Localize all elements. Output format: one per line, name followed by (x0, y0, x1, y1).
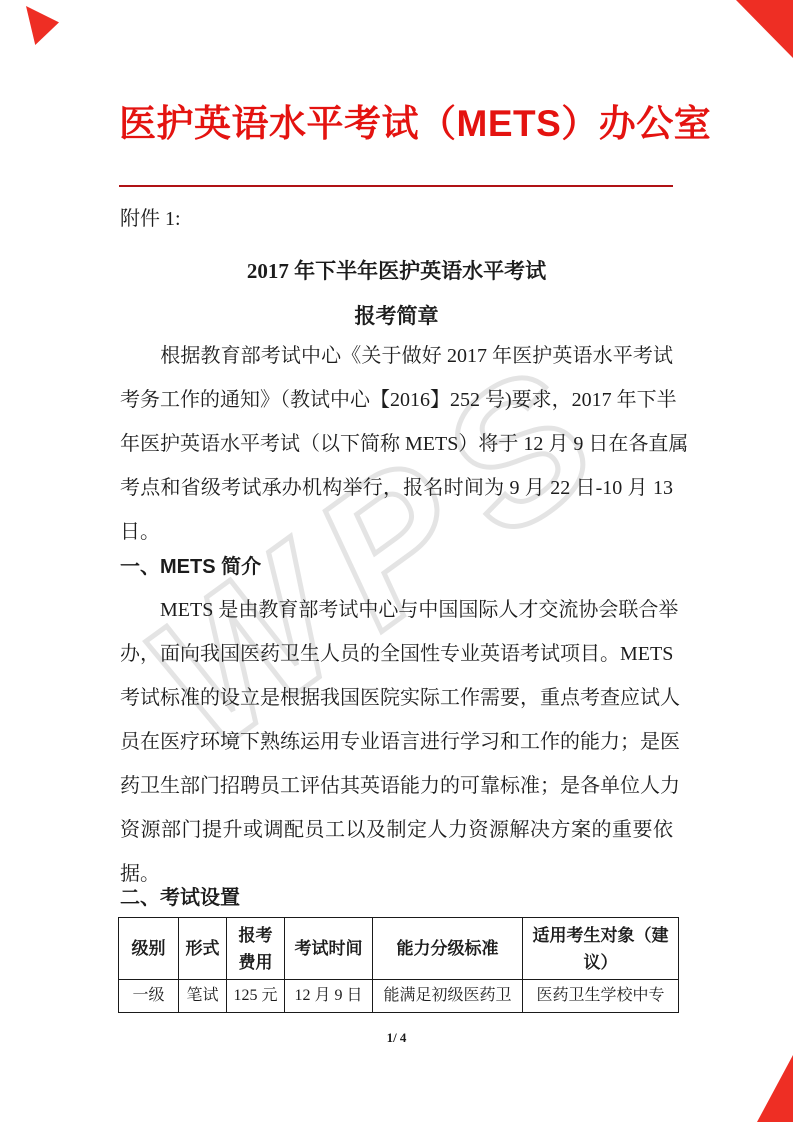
section-heading-mets-intro: 一、METS 简介 (120, 552, 673, 582)
table-header-cell: 报考费用 (227, 918, 285, 980)
text-line: 根据教育部考试中心《关于做好 2017 年医护英语水平考试 (120, 334, 673, 378)
attachment-label: 附件 1: (120, 204, 673, 234)
section-heading-exam-setup: 二、考试设置 (120, 883, 673, 913)
text-line: 年医护英语水平考试（以下简称 METS）将于 12 月 9 日在各直属 (120, 422, 673, 466)
corner-ribbon-top-right-icon (736, 0, 793, 58)
header-divider (119, 185, 673, 187)
text-line: 考务工作的通知》（教试中心【2016】252 号)要求，2017 年下半 (120, 378, 673, 422)
text-line: 日。 (120, 510, 673, 554)
page-number: 1/ 4 (120, 1030, 673, 1046)
text-line: 考点和省级考试承办机构举行，报名时间为 9 月 22 日-10 月 13 (120, 466, 673, 510)
table-row: 一级笔试125 元12 月 9 日能满足初级医药卫医药卫生学校中专 (119, 980, 679, 1013)
exam-table-header-row: 级别形式报考费用考试时间能力分级标准适用考生对象（建议） (119, 918, 679, 980)
text-line: METS 是由教育部考试中心与中国国际人才交流协会联合举 (120, 588, 673, 632)
exam-table: 级别形式报考费用考试时间能力分级标准适用考生对象（建议） 一级笔试125 元12… (118, 917, 679, 1013)
table-header-cell: 适用考生对象（建议） (523, 918, 679, 980)
document-page: WPS 医护英语水平考试（METS）办公室 附件 1: 2017 年下半年医护英… (0, 0, 793, 1122)
table-cell: 125 元 (227, 980, 285, 1013)
text-line: 员在医疗环境下熟练运用专业语言进行学习和工作的能力；是医 (120, 720, 673, 764)
table-cell: 笔试 (179, 980, 227, 1013)
table-header-cell: 级别 (119, 918, 179, 980)
doc-subtitle: 报考简章 (120, 301, 673, 331)
intro-paragraph: 根据教育部考试中心《关于做好 2017 年医护英语水平考试考务工作的通知》（教试… (120, 334, 673, 554)
corner-ribbon-bottom-right-icon (757, 1055, 793, 1122)
doc-title: 2017 年下半年医护英语水平考试 (120, 256, 673, 286)
text-line: 药卫生部门招聘员工评估其英语能力的可靠标准；是各单位人力 (120, 764, 673, 808)
text-line: 办，面向我国医药卫生人员的全国性专业英语考试项目。METS (120, 632, 673, 676)
table-cell: 一级 (119, 980, 179, 1013)
table-header-cell: 能力分级标准 (373, 918, 523, 980)
table-header-cell: 形式 (179, 918, 227, 980)
text-line: 资源部门提升或调配员工以及制定人力资源解决方案的重要依 (120, 808, 673, 852)
about-paragraph: METS 是由教育部考试中心与中国国际人才交流协会联合举办，面向我国医药卫生人员… (120, 588, 673, 896)
table-header-cell: 考试时间 (285, 918, 373, 980)
table-cell: 12 月 9 日 (285, 980, 373, 1013)
table-cell: 能满足初级医药卫 (373, 980, 523, 1013)
table-cell: 医药卫生学校中专 (523, 980, 679, 1013)
text-line: 考试标准的设立是根据我国医院实际工作需要，重点考查应试人 (120, 676, 673, 720)
exam-table-body: 一级笔试125 元12 月 9 日能满足初级医药卫医药卫生学校中专 (119, 980, 679, 1013)
corner-ribbon-top-left-icon (26, 6, 59, 45)
office-header-title: 医护英语水平考试（METS）办公室 (119, 100, 679, 148)
